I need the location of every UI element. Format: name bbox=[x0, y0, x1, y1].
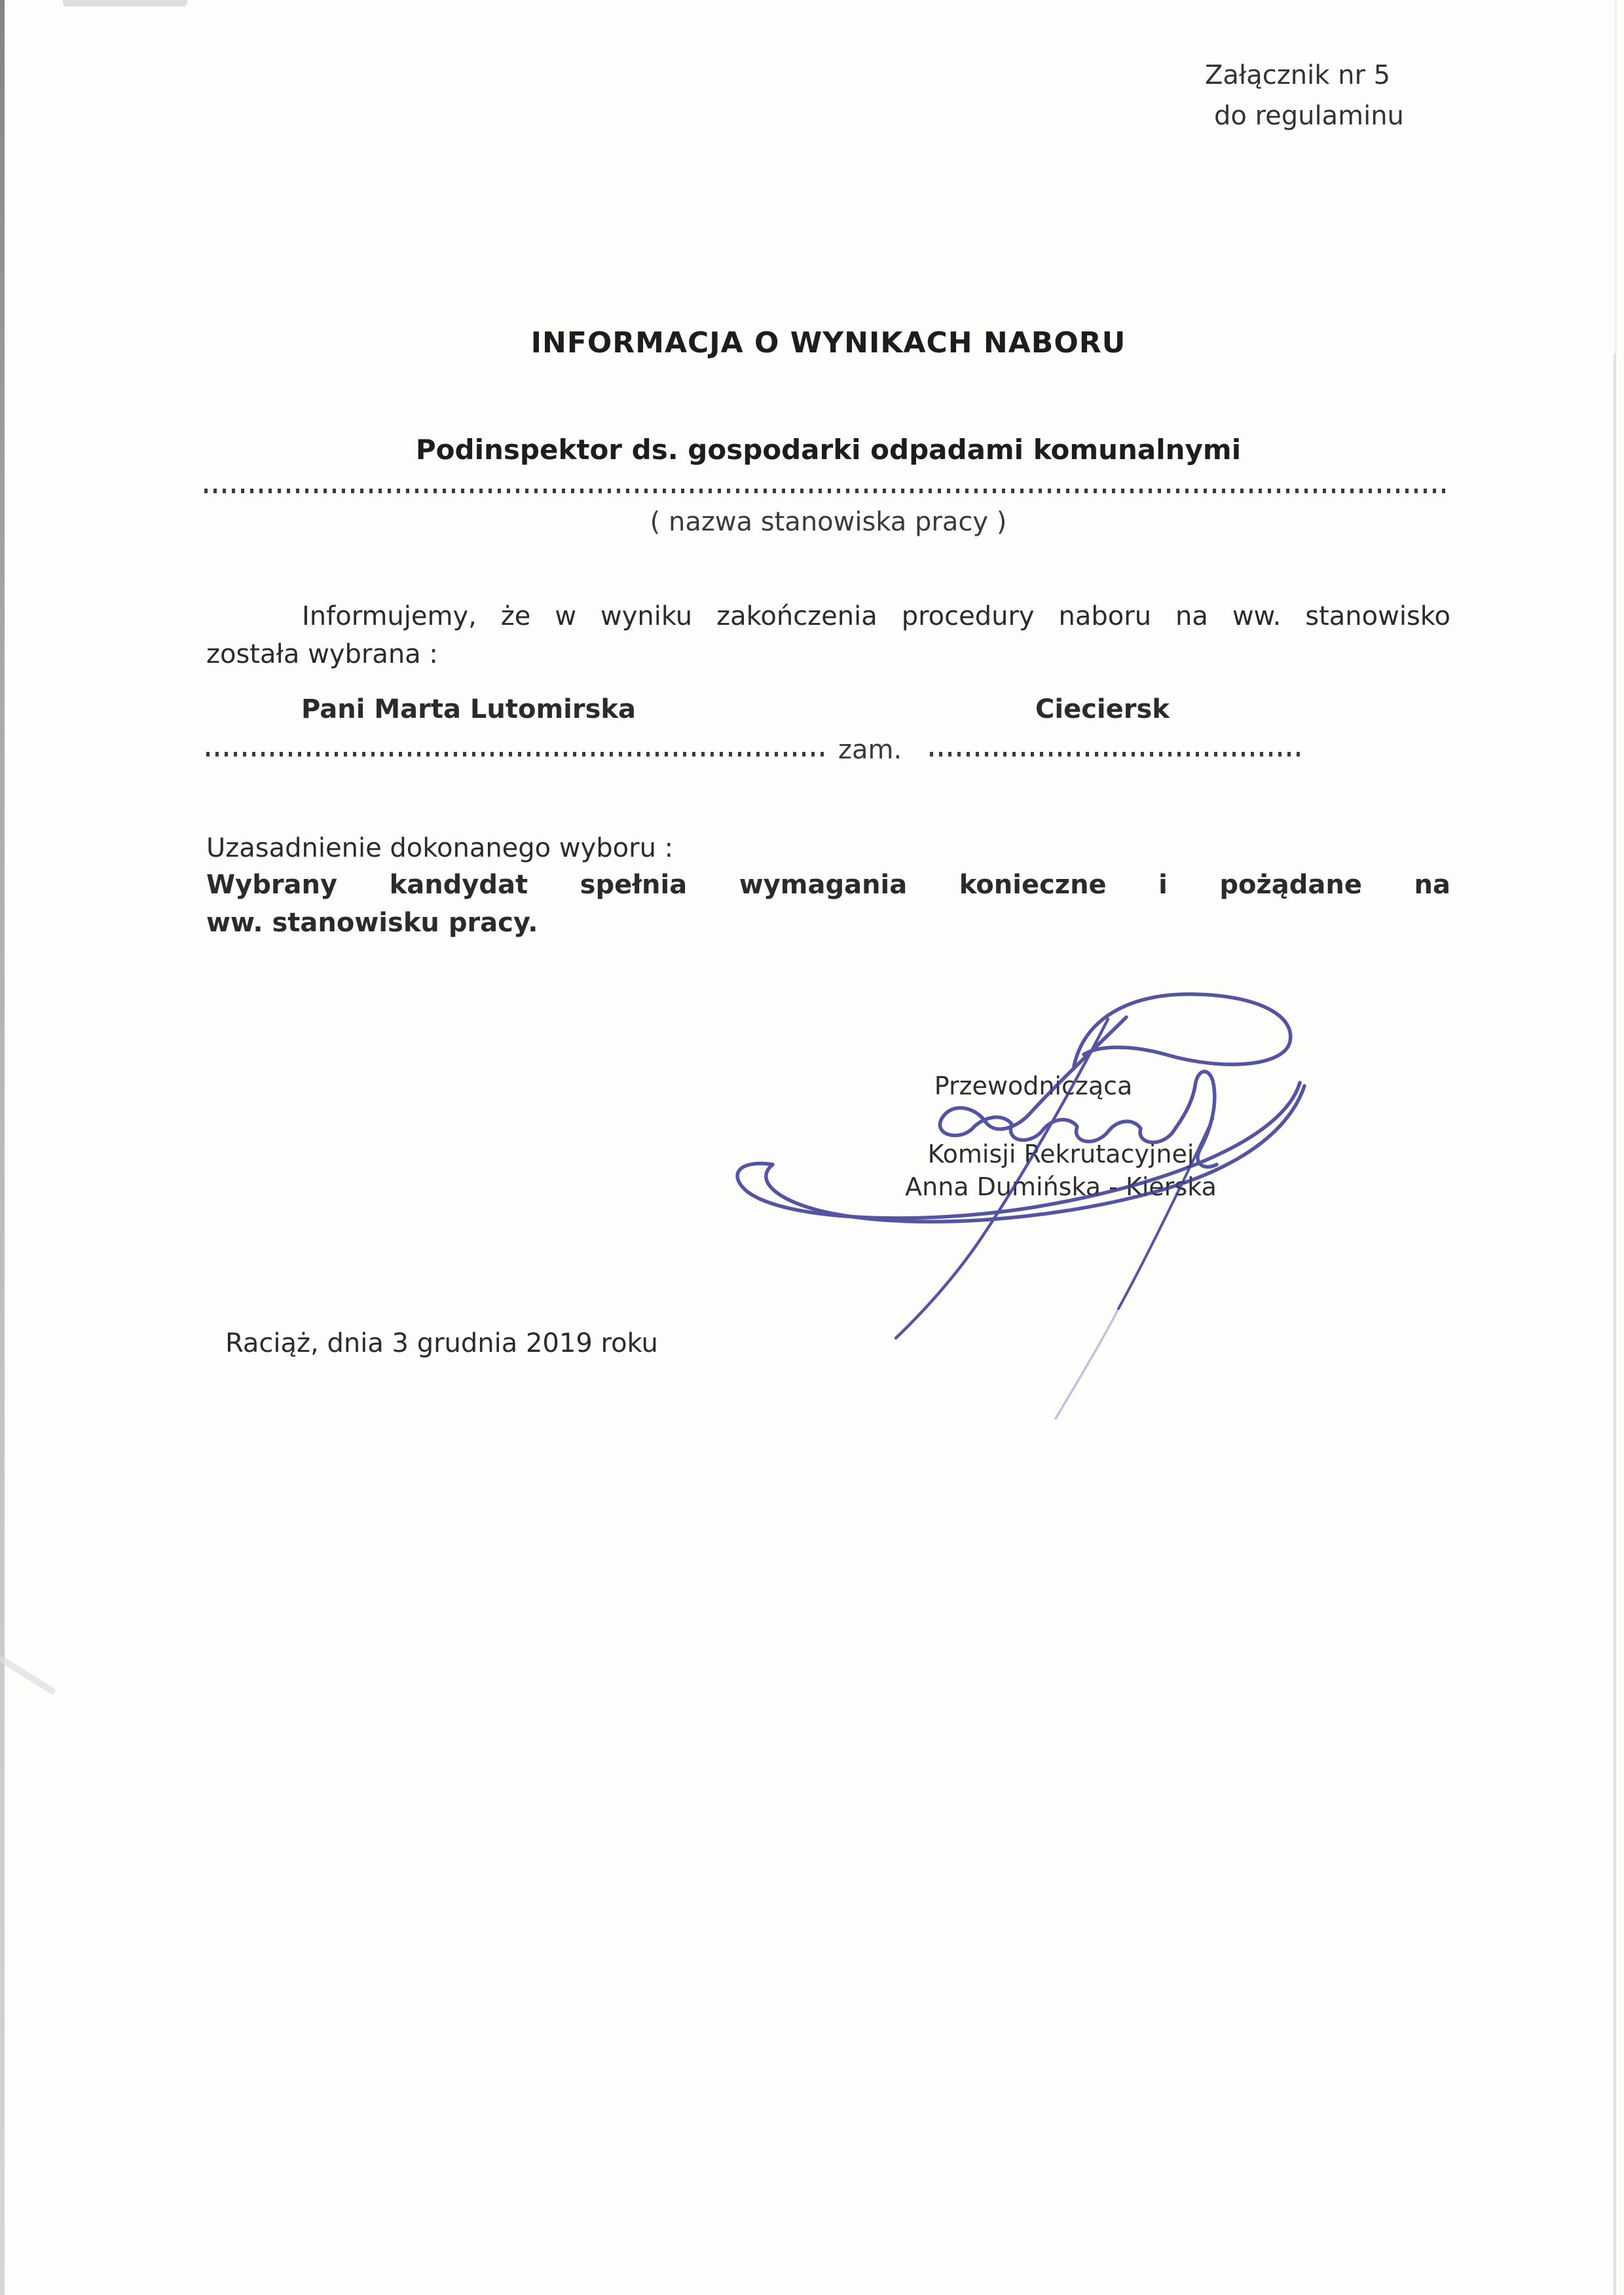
scan-edge-right bbox=[1614, 354, 1616, 2295]
position-caption: ( nazwa stanowiska pracy ) bbox=[206, 506, 1450, 538]
dotted-line-position bbox=[204, 489, 1450, 493]
position-name: Podinspektor ds. gospodarki odpadami kom… bbox=[206, 434, 1450, 466]
intro-paragraph-line2: została wybrana : bbox=[206, 638, 438, 671]
place-and-date: Raciąż, dnia 3 grudnia 2019 roku bbox=[225, 1327, 658, 1360]
scan-edge-left bbox=[0, 0, 5, 2295]
justification-line2: ww. stanowisku pracy. bbox=[206, 906, 538, 939]
dotted-line-residence bbox=[930, 752, 1300, 756]
intro-paragraph-line1: Informujemy, że w wyniku zakończenia pro… bbox=[206, 600, 1450, 633]
attachment-note-line1: Załącznik nr 5 bbox=[1205, 55, 1404, 96]
scan-smudge-top bbox=[63, 0, 187, 7]
scan-smudge-bottom-left bbox=[0, 1652, 56, 1696]
document-title: INFORMACJA O WYNIKACH NABORU bbox=[206, 326, 1450, 360]
selected-person-name: Pani Marta Lutomirska bbox=[301, 693, 636, 726]
signature-strokes bbox=[737, 994, 1304, 1419]
handwritten-signature-ink bbox=[707, 981, 1336, 1440]
scan-edge-right-top bbox=[1615, 0, 1617, 354]
justification-line1: Wybrany kandydat spełnia wymagania konie… bbox=[206, 868, 1450, 901]
dotted-line-name bbox=[206, 752, 826, 756]
attachment-note: Załącznik nr 5 do regulaminu bbox=[1205, 55, 1404, 136]
attachment-note-line2: do regulaminu bbox=[1205, 96, 1404, 136]
selected-person-place: Cieciersk bbox=[1035, 693, 1170, 726]
zam-label: zam. bbox=[838, 734, 902, 766]
document-page: Załącznik nr 5 do regulaminu INFORMACJA … bbox=[0, 0, 1624, 2295]
justification-heading: Uzasadnienie dokonanego wyboru : bbox=[206, 832, 673, 865]
